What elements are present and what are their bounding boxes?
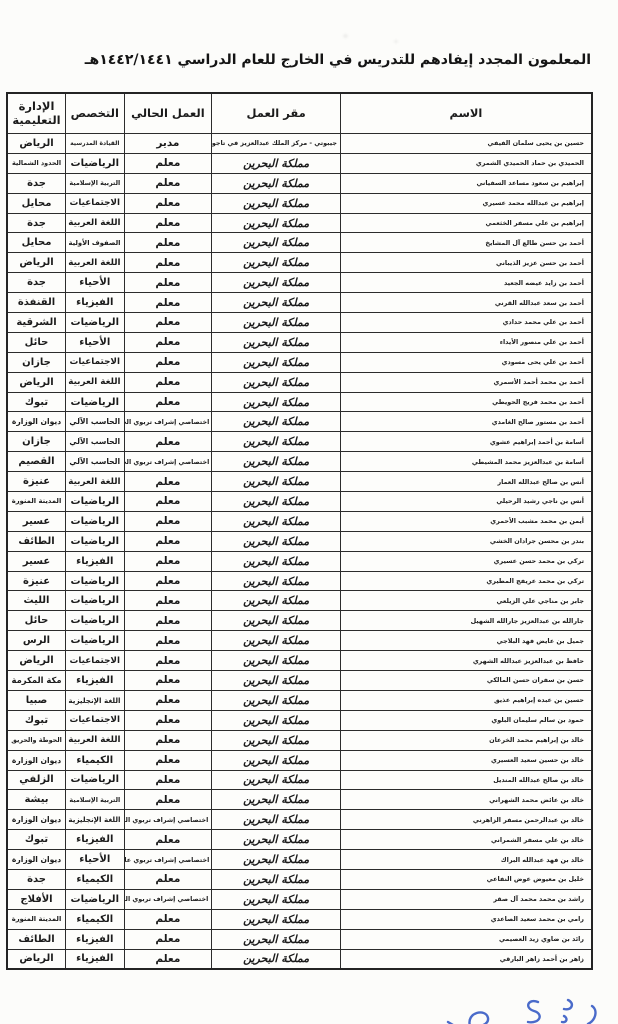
cell-specialization: الرياضيات xyxy=(66,492,125,512)
cell-education-admin: مكة المكرمة xyxy=(7,671,66,691)
header-education-admin: الإدارة التعليمية xyxy=(7,93,66,134)
table-row: أحمد بن مستور صالح الغامديمملكة البحرينا… xyxy=(7,412,592,432)
cell-name: حسين بن يحيى سلمان الفيفي xyxy=(340,134,592,154)
cell-current-job: معلم xyxy=(124,372,212,392)
cell-work-location: مملكة البحرين xyxy=(212,611,341,631)
cell-name: رائد بن ضاوي زيد العصيمي xyxy=(340,929,592,949)
cell-specialization: التربية الإسلامية xyxy=(66,790,125,810)
cell-specialization: القيادة المدرسية xyxy=(66,134,125,154)
cell-education-admin: المدينة المنورة xyxy=(7,492,66,512)
cell-work-location: مملكة البحرين xyxy=(212,869,341,889)
scan-smudge xyxy=(394,40,398,43)
cell-name: زاهر بن أحمد زاهر البارقي xyxy=(340,949,592,969)
table-row: خليل بن معيوض عوض النفاعيمملكة البحرينمع… xyxy=(7,869,592,889)
table-row: راشد بن محمد محمد آل صقرمملكة البحريناخت… xyxy=(7,889,592,909)
cell-current-job: معلم xyxy=(124,611,212,631)
cell-current-job: اختصاصي إشراف تربوي الرياضيات xyxy=(124,889,212,909)
cell-current-job: معلم xyxy=(124,750,212,770)
cell-current-job: اختصاصي إشراف تربوي الحاسب الآلي xyxy=(124,412,212,432)
table-row: أحمد بن سعد عبدالله القرنيمملكة البحرينم… xyxy=(7,293,592,313)
cell-education-admin: جازان xyxy=(7,432,66,452)
cell-work-location: مملكة البحرين xyxy=(212,929,341,949)
cell-name: إبراهيم بن علي مسفر الخثعمي xyxy=(340,213,592,233)
cell-specialization: الرياضيات xyxy=(66,889,125,909)
table-row: حسين بن عبده إبراهيم عذيقمملكة البحرينمع… xyxy=(7,690,592,710)
cell-education-admin: عنيزة xyxy=(7,472,66,492)
scan-smudge xyxy=(343,34,348,38)
cell-work-location: مملكة البحرين xyxy=(212,332,341,352)
cell-specialization: الرياضيات xyxy=(66,153,125,173)
table-row: حمود بن سالم سليمان البلويمملكة البحرينم… xyxy=(7,710,592,730)
cell-work-location: مملكة البحرين xyxy=(212,511,341,531)
cell-name: أحمد بن مستور صالح الغامدي xyxy=(340,412,592,432)
cell-specialization: الرياضيات xyxy=(66,631,125,651)
cell-work-location: مملكة البحرين xyxy=(212,671,341,691)
table-row: أحمد بن حسن طالع آل المشايخمملكة البحرين… xyxy=(7,233,592,253)
cell-current-job: اختصاصي إشراف تربوي الحاسب الآلي xyxy=(124,452,212,472)
cell-work-location: مملكة البحرين xyxy=(212,313,341,333)
cell-current-job: معلم xyxy=(124,909,212,929)
cell-specialization: الحاسب الآلي xyxy=(66,412,125,432)
cell-education-admin: الزلفي xyxy=(7,770,66,790)
cell-education-admin: القنفذة xyxy=(7,293,66,313)
cell-current-job: معلم xyxy=(124,710,212,730)
table-row: أحمد بن حسن عزيز الذيبانيمملكة البحرينمع… xyxy=(7,253,592,273)
cell-name: خالد بن إبراهيم محمد الخرعان xyxy=(340,730,592,750)
table-row: أنس بن صالح عبدالله العمارمملكة البحرينم… xyxy=(7,472,592,492)
cell-work-location: مملكة البحرين xyxy=(212,352,341,372)
cell-specialization: اللغة الإنجليزية xyxy=(66,690,125,710)
cell-work-location: مملكة البحرين xyxy=(212,850,341,870)
cell-specialization: اللغة العربية xyxy=(66,472,125,492)
cell-education-admin: الطائف xyxy=(7,929,66,949)
table-row: خالد بن فهد عبدالله البراكمملكة البحرينا… xyxy=(7,850,592,870)
cell-name: أسامة بن عبدالعزيز محمد المشيطي xyxy=(340,452,592,472)
cell-name: رامي بن محمد سعيد الصاعدي xyxy=(340,909,592,929)
cell-education-admin: عسير xyxy=(7,551,66,571)
cell-work-location: مملكة البحرين xyxy=(212,551,341,571)
cell-name: أنس بن ناجي رشيد الرحيلي xyxy=(340,492,592,512)
cell-specialization: الأحياء xyxy=(66,850,125,870)
cell-work-location: مملكة البحرين xyxy=(212,492,341,512)
cell-education-admin: محايل xyxy=(7,233,66,253)
cell-work-location: مملكة البحرين xyxy=(212,830,341,850)
header-work-location: مقر العمل xyxy=(212,93,341,134)
table-row: جارالله بن عبدالعزيز جارالله الشهيلمملكة… xyxy=(7,611,592,631)
cell-current-job: معلم xyxy=(124,671,212,691)
cell-name: خالد بن علي مسفر الشمراني xyxy=(340,830,592,850)
cell-education-admin: جازان xyxy=(7,352,66,372)
cell-current-job: معلم xyxy=(124,949,212,969)
page-title: المعلمون المجدد إيفادهم للتدريس في الخار… xyxy=(16,52,591,68)
cell-work-location: مملكة البحرين xyxy=(212,213,341,233)
cell-current-job: معلم xyxy=(124,730,212,750)
cell-current-job: معلم xyxy=(124,432,212,452)
cell-specialization: اللغة العربية xyxy=(66,253,125,273)
cell-specialization: الرياضيات xyxy=(66,392,125,412)
cell-education-admin: جدة xyxy=(7,273,66,293)
cell-education-admin: القصيم xyxy=(7,452,66,472)
cell-current-job: معلم xyxy=(124,293,212,313)
cell-current-job: اختصاصي إشراف تربوي اللغة الإنجليزية xyxy=(124,810,212,830)
scanned-document-page: المعلمون المجدد إيفادهم للتدريس في الخار… xyxy=(0,0,618,1024)
cell-current-job: معلم xyxy=(124,830,212,850)
table-row: إبراهيم بن سعود مساعد السفيانيمملكة البح… xyxy=(7,173,592,193)
cell-current-job: معلم xyxy=(124,173,212,193)
table-row: أنس بن ناجي رشيد الرحيليمملكة البحرينمعل… xyxy=(7,492,592,512)
cell-name: حسين بن عبده إبراهيم عذيق xyxy=(340,690,592,710)
cell-specialization: الفيزياء xyxy=(66,551,125,571)
cell-work-location: مملكة البحرين xyxy=(212,591,341,611)
table-row: تركي بن محمد عريفج المطيريمملكة البحرينم… xyxy=(7,571,592,591)
cell-current-job: معلم xyxy=(124,571,212,591)
table-body: حسين بن يحيى سلمان الفيفيجيبوتي - مركز ا… xyxy=(7,134,592,970)
cell-name: خالد بن فهد عبدالله البراك xyxy=(340,850,592,870)
table-row: الحميدي بن حماد الحميدي الشمريمملكة البح… xyxy=(7,153,592,173)
cell-current-job: معلم xyxy=(124,651,212,671)
table-row: خالد بن عائض محمد الشهرانيمملكة البحرينم… xyxy=(7,790,592,810)
cell-current-job: معلم xyxy=(124,213,212,233)
table-row: خالد بن عبدالرحمن مسفر الزاهرنيمملكة الب… xyxy=(7,810,592,830)
cell-education-admin: جدة xyxy=(7,173,66,193)
cell-specialization: الرياضيات xyxy=(66,511,125,531)
cell-education-admin: محايل xyxy=(7,193,66,213)
cell-current-job: معلم xyxy=(124,352,212,372)
table-row: حسن بن سفران حسن المالكيمملكة البحرينمعل… xyxy=(7,671,592,691)
cell-current-job: معلم xyxy=(124,313,212,333)
cell-work-location: مملكة البحرين xyxy=(212,631,341,651)
cell-education-admin: عسير xyxy=(7,511,66,531)
cell-name: جابر بن مناجي علي الزيلعي xyxy=(340,591,592,611)
cell-specialization: الحاسب الآلي xyxy=(66,432,125,452)
cell-name: جميل بن عايض فهد البلاجي xyxy=(340,631,592,651)
cell-specialization: الفيزياء xyxy=(66,671,125,691)
cell-work-location: مملكة البحرين xyxy=(212,651,341,671)
cell-work-location: مملكة البحرين xyxy=(212,412,341,432)
cell-current-job: معلم xyxy=(124,273,212,293)
cell-specialization: الأحياء xyxy=(66,273,125,293)
cell-name: خليل بن معيوض عوض النفاعي xyxy=(340,869,592,889)
table-row: إبراهيم بن علي مسفر الخثعميمملكة البحرين… xyxy=(7,213,592,233)
cell-current-job: معلم xyxy=(124,790,212,810)
cell-specialization: الاجتماعيات xyxy=(66,193,125,213)
cell-work-location: مملكة البحرين xyxy=(212,909,341,929)
cell-current-job: مدير xyxy=(124,134,212,154)
cell-name: حسن بن سفران حسن المالكي xyxy=(340,671,592,691)
cell-work-location: مملكة البحرين xyxy=(212,949,341,969)
cell-specialization: الصفوف الأولية xyxy=(66,233,125,253)
cell-current-job: معلم xyxy=(124,531,212,551)
cell-work-location: مملكة البحرين xyxy=(212,233,341,253)
table-row: أيمن بن محمد مشبب الأحمريمملكة البحرينمع… xyxy=(7,511,592,531)
cell-current-job: معلم xyxy=(124,551,212,571)
cell-name: خالد بن حسين سعيد العسيري xyxy=(340,750,592,770)
cell-name: خالد بن صالح عبدالله المنديل xyxy=(340,770,592,790)
cell-specialization: الاجتماعيات xyxy=(66,710,125,730)
table-row: تركي بن محمد حسن عسيريمملكة البحرينمعلما… xyxy=(7,551,592,571)
cell-work-location: مملكة البحرين xyxy=(212,153,341,173)
cell-name: أحمد بن علي منصور الأيداء xyxy=(340,332,592,352)
cell-name: أسامة بن أحمد إبراهيم عشوي xyxy=(340,432,592,452)
cell-work-location: مملكة البحرين xyxy=(212,690,341,710)
cell-name: أحمد بن سعد عبدالله القرني xyxy=(340,293,592,313)
cell-name: تركي بن محمد حسن عسيري xyxy=(340,551,592,571)
table-row: خالد بن حسين سعيد العسيريمملكة البحرينمع… xyxy=(7,750,592,770)
cell-name: أحمد بن محمد فريج الحويطي xyxy=(340,392,592,412)
cell-specialization: اللغة العربية xyxy=(66,372,125,392)
cell-education-admin: الرياض xyxy=(7,949,66,969)
cell-current-job: معلم xyxy=(124,690,212,710)
cell-specialization: التربية الإسلامية xyxy=(66,173,125,193)
table-row: أحمد بن علي محمد حداديمملكة البحرينمعلما… xyxy=(7,313,592,333)
cell-specialization: الرياضيات xyxy=(66,313,125,333)
cell-name: الحميدي بن حماد الحميدي الشمري xyxy=(340,153,592,173)
cell-specialization: الاجتماعيات xyxy=(66,651,125,671)
cell-current-job: معلم xyxy=(124,472,212,492)
cell-specialization: الرياضيات xyxy=(66,571,125,591)
cell-current-job: اختصاصي إشراف تربوي علوم xyxy=(124,850,212,870)
cell-specialization: الكيمياء xyxy=(66,869,125,889)
cell-specialization: الرياضيات xyxy=(66,591,125,611)
cell-education-admin: الرياض xyxy=(7,134,66,154)
cell-work-location: مملكة البحرين xyxy=(212,392,341,412)
cell-specialization: الرياضيات xyxy=(66,531,125,551)
cell-work-location: مملكة البحرين xyxy=(212,810,341,830)
cell-work-location: مملكة البحرين xyxy=(212,790,341,810)
cell-education-admin: تبوك xyxy=(7,392,66,412)
cell-work-location: مملكة البحرين xyxy=(212,173,341,193)
cell-current-job: معلم xyxy=(124,253,212,273)
cell-education-admin: الرس xyxy=(7,631,66,651)
cell-specialization: اللغة العربية xyxy=(66,213,125,233)
cell-current-job: معلم xyxy=(124,332,212,352)
cell-specialization: اللغة الإنجليزية xyxy=(66,810,125,830)
cell-specialization: اللغة العربية xyxy=(66,730,125,750)
cell-education-admin: جدة xyxy=(7,213,66,233)
cell-specialization: الكيمياء xyxy=(66,909,125,929)
cell-specialization: الأحياء xyxy=(66,332,125,352)
cell-education-admin: صبيا xyxy=(7,690,66,710)
cell-specialization: الفيزياء xyxy=(66,949,125,969)
cell-work-location: مملكة البحرين xyxy=(212,472,341,492)
cell-current-job: معلم xyxy=(124,929,212,949)
cell-education-admin: تبوك xyxy=(7,710,66,730)
table-row: أسامة بن عبدالعزيز محمد المشيطيمملكة الب… xyxy=(7,452,592,472)
cell-education-admin: حائل xyxy=(7,611,66,631)
table-row: حسين بن يحيى سلمان الفيفيجيبوتي - مركز ا… xyxy=(7,134,592,154)
cell-name: أحمد بن حسن طالع آل المشايخ xyxy=(340,233,592,253)
cell-specialization: الرياضيات xyxy=(66,611,125,631)
table-row: جميل بن عايض فهد البلاجيمملكة البحرينمعل… xyxy=(7,631,592,651)
cell-education-admin: حائل xyxy=(7,332,66,352)
table-row: إبراهيم بن عبدالله محمد عسيريمملكة البحر… xyxy=(7,193,592,213)
cell-education-admin: ديوان الوزارة xyxy=(7,850,66,870)
cell-specialization: الكيمياء xyxy=(66,750,125,770)
cell-work-location: مملكة البحرين xyxy=(212,273,341,293)
cell-specialization: الفيزياء xyxy=(66,929,125,949)
cell-education-admin: الأفلاج xyxy=(7,889,66,909)
cell-education-admin: بيشة xyxy=(7,790,66,810)
cell-work-location: مملكة البحرين xyxy=(212,432,341,452)
cell-education-admin: الليث xyxy=(7,591,66,611)
cell-education-admin: ديوان الوزارة xyxy=(7,750,66,770)
cell-work-location: مملكة البحرين xyxy=(212,293,341,313)
cell-work-location: مملكة البحرين xyxy=(212,253,341,273)
cell-name: حمود بن سالم سليمان البلوي xyxy=(340,710,592,730)
cell-specialization: الحاسب الآلي xyxy=(66,452,125,472)
cell-name: أيمن بن محمد مشبب الأحمري xyxy=(340,511,592,531)
table-row: زاهر بن أحمد زاهر البارقيمملكة البحرينمع… xyxy=(7,949,592,969)
table-row: أحمد بن محمد فريج الحويطيمملكة البحرينمع… xyxy=(7,392,592,412)
cell-current-job: معلم xyxy=(124,233,212,253)
cell-name: جارالله بن عبدالعزيز جارالله الشهيل xyxy=(340,611,592,631)
table-header-row: الاسم مقر العمل العمل الحالي التخصص الإد… xyxy=(7,93,592,134)
cell-current-job: معلم xyxy=(124,511,212,531)
cell-education-admin: عنيزة xyxy=(7,571,66,591)
cell-name: أنس بن صالح عبدالله العمار xyxy=(340,472,592,492)
cell-work-location: مملكة البحرين xyxy=(212,193,341,213)
cell-education-admin: تبوك xyxy=(7,830,66,850)
cell-specialization: الفيزياء xyxy=(66,293,125,313)
cell-name: إبراهيم بن عبدالله محمد عسيري xyxy=(340,193,592,213)
table-row: رائد بن ضاوي زيد العصيميمملكة البحرينمعل… xyxy=(7,929,592,949)
handwritten-signature-mark xyxy=(442,996,612,1024)
cell-name: أحمد بن حسن عزيز الذيباني xyxy=(340,253,592,273)
cell-current-job: معلم xyxy=(124,193,212,213)
cell-education-admin: المدينة المنورة xyxy=(7,909,66,929)
cell-specialization: الفيزياء xyxy=(66,830,125,850)
cell-current-job: معلم xyxy=(124,392,212,412)
cell-education-admin: ديوان الوزارة xyxy=(7,412,66,432)
cell-work-location: مملكة البحرين xyxy=(212,531,341,551)
cell-work-location: مملكة البحرين xyxy=(212,750,341,770)
cell-education-admin: الشرقية xyxy=(7,313,66,333)
cell-specialization: الاجتماعيات xyxy=(66,352,125,372)
cell-education-admin: الرياض xyxy=(7,651,66,671)
table-row: أحمد بن علي منصور الأيداءمملكة البحرينمع… xyxy=(7,332,592,352)
table-row: خالد بن إبراهيم محمد الخرعانمملكة البحري… xyxy=(7,730,592,750)
cell-current-job: معلم xyxy=(124,492,212,512)
header-name: الاسم xyxy=(340,93,592,134)
cell-current-job: معلم xyxy=(124,591,212,611)
cell-education-admin: جدة xyxy=(7,869,66,889)
table-row: أحمد بن زايد عيضه الجعيدمملكة البحرينمعل… xyxy=(7,273,592,293)
cell-work-location: مملكة البحرين xyxy=(212,770,341,790)
cell-work-location: مملكة البحرين xyxy=(212,730,341,750)
cell-work-location: مملكة البحرين xyxy=(212,452,341,472)
cell-current-job: معلم xyxy=(124,631,212,651)
cell-name: راشد بن محمد محمد آل صقر xyxy=(340,889,592,909)
table-row: أسامة بن أحمد إبراهيم عشويمملكة البحرينم… xyxy=(7,432,592,452)
cell-name: تركي بن محمد عريفج المطيري xyxy=(340,571,592,591)
cell-work-location: مملكة البحرين xyxy=(212,889,341,909)
cell-education-admin: الحوطة والحريق xyxy=(7,730,66,750)
cell-name: أحمد بن محمد أحمد الأسمري xyxy=(340,372,592,392)
cell-current-job: معلم xyxy=(124,153,212,173)
table-row: أحمد بن محمد أحمد الأسمريمملكة البحرينمع… xyxy=(7,372,592,392)
table-row: خالد بن صالح عبدالله المنديلمملكة البحري… xyxy=(7,770,592,790)
cell-education-admin: الرياض xyxy=(7,253,66,273)
cell-education-admin: الحدود الشمالية xyxy=(7,153,66,173)
cell-name: أحمد بن زايد عيضه الجعيد xyxy=(340,273,592,293)
cell-work-location: مملكة البحرين xyxy=(212,571,341,591)
table-row: خالد بن علي مسفر الشمرانيمملكة البحرينمع… xyxy=(7,830,592,850)
cell-education-admin: الرياض xyxy=(7,372,66,392)
cell-work-location: مملكة البحرين xyxy=(212,710,341,730)
cell-current-job: معلم xyxy=(124,770,212,790)
table-row: أحمد بن علي يحى مسوديمملكة البحرينمعلمال… xyxy=(7,352,592,372)
table-row: حافظ بن عبدالعزيز عبدالله الشهريمملكة ال… xyxy=(7,651,592,671)
cell-current-job: معلم xyxy=(124,869,212,889)
teachers-secondment-table: الاسم مقر العمل العمل الحالي التخصص الإد… xyxy=(6,92,593,970)
header-specialization: التخصص xyxy=(66,93,125,134)
cell-name: خالد بن عبدالرحمن مسفر الزاهرني xyxy=(340,810,592,830)
cell-name: أحمد بن علي يحى مسودي xyxy=(340,352,592,372)
cell-name: إبراهيم بن سعود مساعد السفياني xyxy=(340,173,592,193)
cell-name: أحمد بن علي محمد حدادي xyxy=(340,313,592,333)
cell-education-admin: الطائف xyxy=(7,531,66,551)
table-row: رامي بن محمد سعيد الصاعديمملكة البحرينمع… xyxy=(7,909,592,929)
cell-name: بندر بن محسن جرادان الخشي xyxy=(340,531,592,551)
cell-education-admin: ديوان الوزارة xyxy=(7,810,66,830)
table-row: بندر بن محسن جرادان الخشيمملكة البحرينمع… xyxy=(7,531,592,551)
cell-work-location: مملكة البحرين xyxy=(212,372,341,392)
cell-work-location: جيبوتي - مركز الملك عبدالعزيز في تاجورة xyxy=(212,134,341,154)
cell-name: حافظ بن عبدالعزيز عبدالله الشهري xyxy=(340,651,592,671)
header-current-job: العمل الحالي xyxy=(124,93,212,134)
cell-name: خالد بن عائض محمد الشهراني xyxy=(340,790,592,810)
cell-specialization: الرياضيات xyxy=(66,770,125,790)
table-row: جابر بن مناجي علي الزيلعيمملكة البحرينمع… xyxy=(7,591,592,611)
